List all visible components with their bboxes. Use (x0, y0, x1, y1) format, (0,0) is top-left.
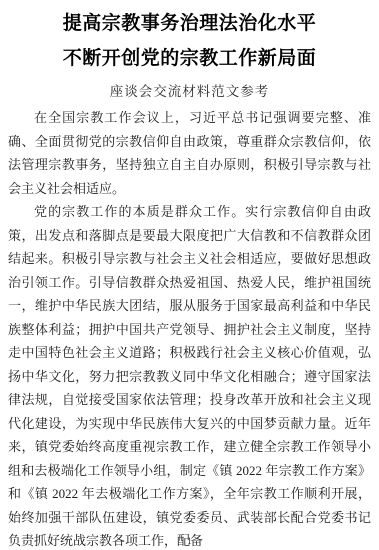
page-number: 1 (0, 536, 379, 546)
document-title-line2: 不断开创党的宗教工作新局面 (8, 41, 371, 76)
paragraph-2: 党的宗教工作的本质是群众工作。实行宗教信仰自由政策，出发点和落脚点是要最大限度把… (8, 200, 371, 550)
document-page: 提高宗教事务治理法治化水平 不断开创党的宗教工作新局面 座谈会交流材料范文参考 … (0, 0, 379, 550)
document-subtitle: 座谈会交流材料范文参考 (8, 82, 371, 102)
document-title-line1: 提高宗教事务治理法治化水平 (8, 6, 371, 41)
paragraph-1: 在全国宗教工作会议上，习近平总书记强调要完整、准确、全面贯彻党的宗教信仰自由政策… (8, 106, 371, 200)
